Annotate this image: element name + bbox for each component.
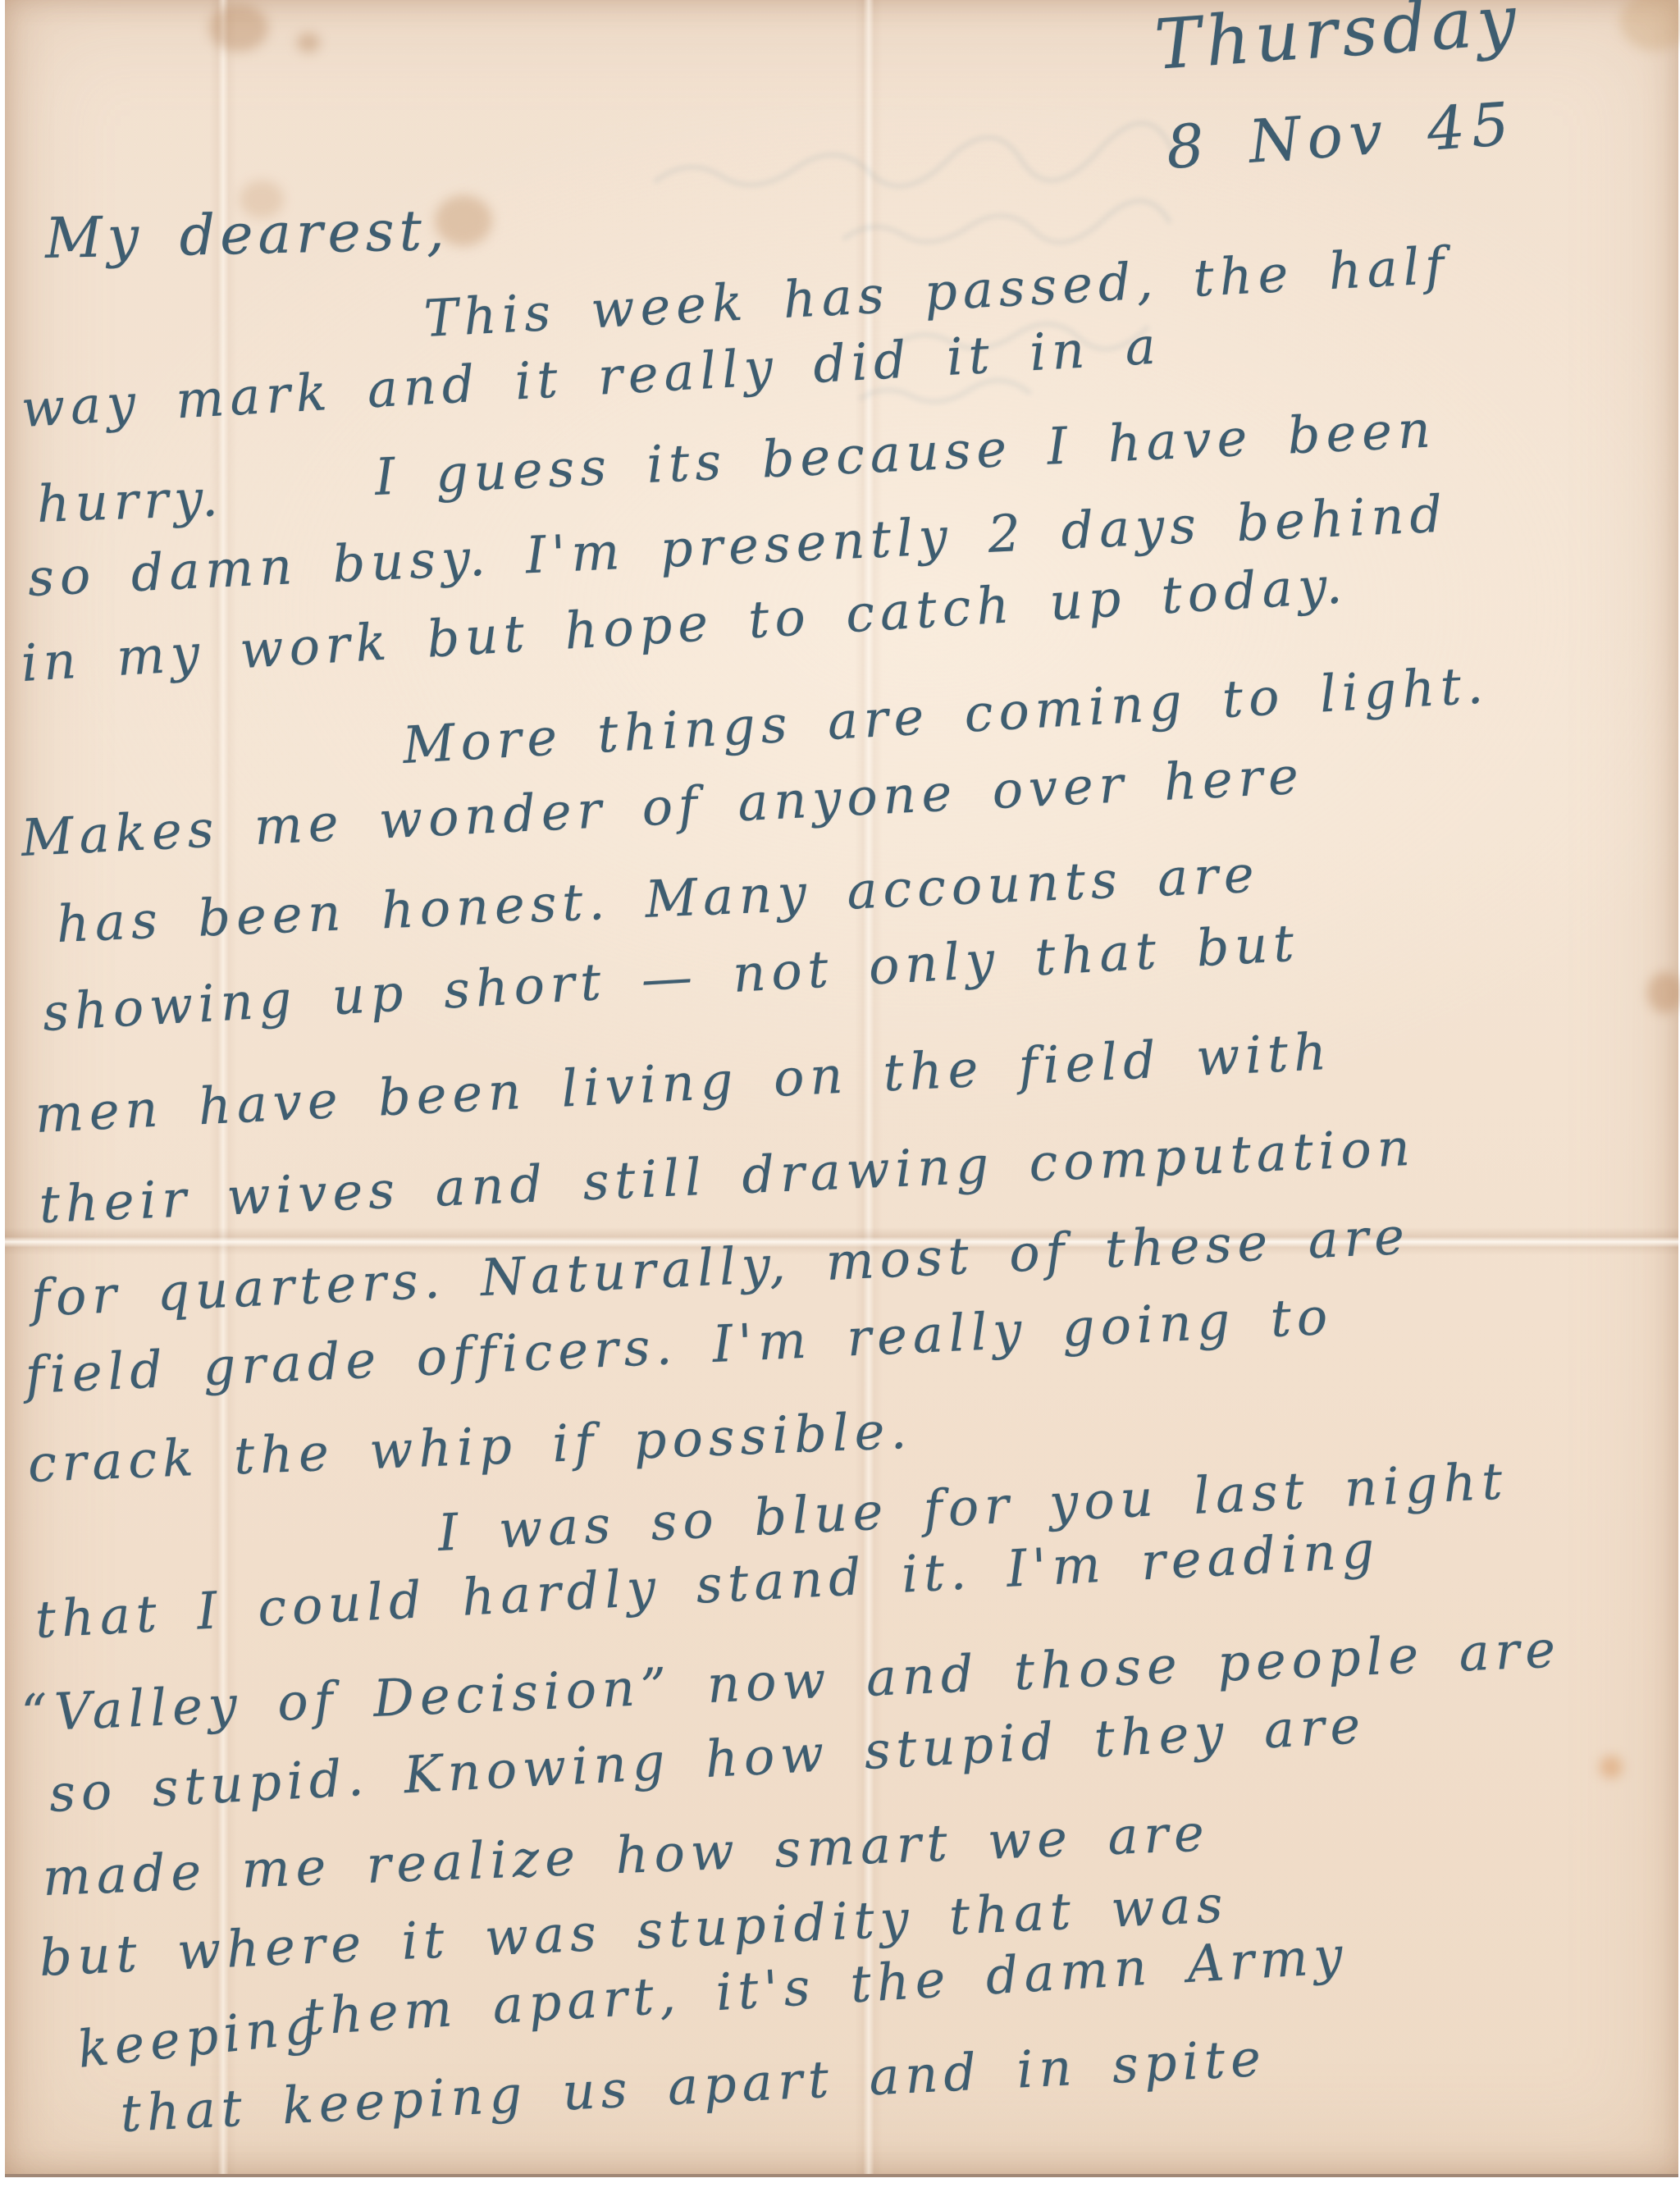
salutation: My dearest, [44, 199, 450, 272]
letter-line: hurry. [36, 468, 225, 534]
paper-stain [1600, 1756, 1623, 1779]
scanned-letter-page: Thursday 8 Nov 45 My dearest, This week … [0, 0, 1680, 2192]
paper-stain [209, 4, 268, 52]
paper-stain [1647, 972, 1680, 1013]
paper-stain [297, 33, 320, 53]
